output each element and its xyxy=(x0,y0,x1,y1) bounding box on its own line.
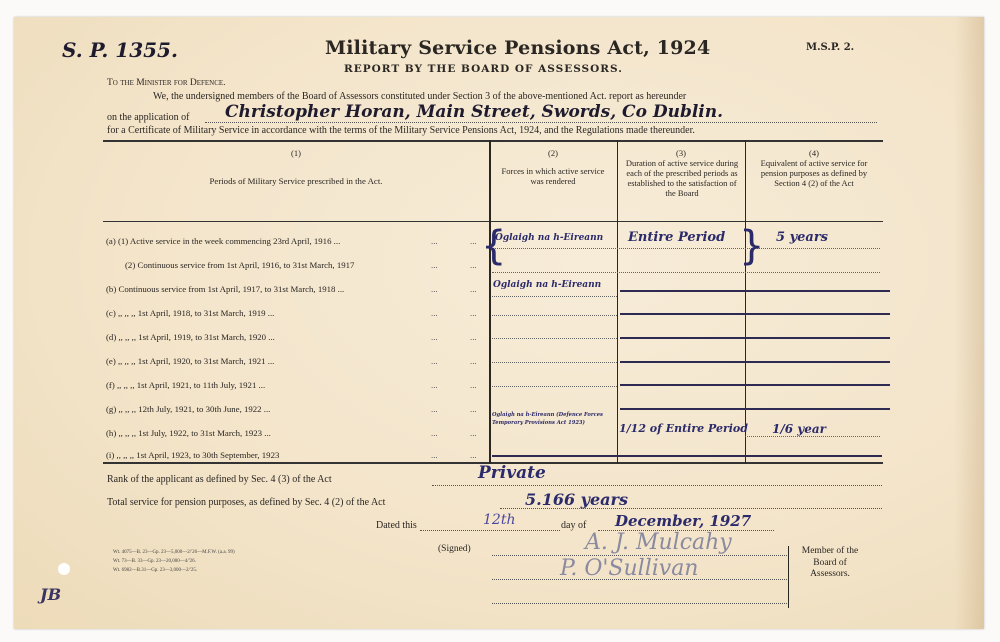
col-1-number: (1) xyxy=(103,148,489,158)
application-prefix: on the application of xyxy=(107,112,189,123)
right-brace: } xyxy=(739,226,764,266)
col-3-header: Duration of active service during each o… xyxy=(622,158,742,198)
row-rule xyxy=(492,272,880,273)
row-rule xyxy=(492,338,617,339)
total-service-label: Total service for pension purposes, as d… xyxy=(107,497,385,508)
applicant-name: Christopher Horan, Main Street, Swords, … xyxy=(225,102,723,122)
row-rule xyxy=(492,296,617,297)
addressee: To the Minister for Defence. xyxy=(107,78,226,88)
signature-1: A. J. Mulcahy xyxy=(585,530,732,555)
board-member-label: Member of the Board of Assessors. xyxy=(795,546,865,581)
row-strike xyxy=(620,313,890,315)
period-row-d: (d) ,, ,, ,, 1st April, 1919, to 31st Ma… xyxy=(106,332,275,342)
ellipsis: ... xyxy=(470,260,477,270)
col-1-header: Periods of Military Service prescribed i… xyxy=(103,176,489,186)
signature-2: P. O'Sullivan xyxy=(560,556,698,581)
day-of-label: day of xyxy=(561,520,586,531)
ellipsis: ... xyxy=(470,284,477,294)
reference-number: S. P. 1355. xyxy=(62,38,178,62)
col-4-header: Equivalent of active service for pension… xyxy=(748,158,880,188)
form-code: M.S.P. 2. xyxy=(806,42,854,53)
row-strike xyxy=(620,384,890,386)
signature-line-3 xyxy=(492,603,787,604)
dated-label: Dated this xyxy=(376,520,417,531)
ellipsis: ... xyxy=(431,404,438,414)
row-rule xyxy=(492,315,617,316)
col-divider-1 xyxy=(489,140,491,464)
ellipsis: ... xyxy=(470,308,477,318)
ellipsis: ... xyxy=(431,380,438,390)
row-rule xyxy=(492,248,880,249)
duration-entry-h: 1/12 of Entire Period xyxy=(619,422,748,435)
row-strike xyxy=(620,408,890,410)
period-row-g: (g) ,, ,, ,, 12th July, 1921, to 30th Ju… xyxy=(106,404,270,414)
row-rule xyxy=(745,436,880,437)
period-row-i: (i) ,, ,, ,, 1st April, 1923, to 30th Se… xyxy=(106,450,279,460)
forces-entry-b: Oglaigh na h-Eireann xyxy=(493,280,601,290)
row-rule xyxy=(492,362,617,363)
ellipsis: ... xyxy=(431,332,438,342)
print-code-3: Wt. 6982—B.31—Gp. 23—3,000—2/'25. xyxy=(113,567,197,575)
period-row-c: (c) ,, ,, ,, 1st April, 1918, to 31st Ma… xyxy=(106,308,274,318)
ellipsis: ... xyxy=(470,404,477,414)
rank-value: Private xyxy=(478,463,546,483)
print-code-1: Wt. 4075—B. 23—Gp. 23—5,000—2/'26—M.F.W.… xyxy=(113,549,235,557)
forces-entry-a: Oglaigh na h-Eireann xyxy=(495,233,603,243)
ellipsis: ... xyxy=(470,332,477,342)
col-2-number: (2) xyxy=(492,148,614,158)
total-service-value: 5.166 years xyxy=(525,490,628,509)
left-brace: { xyxy=(481,226,506,266)
certificate-line: for a Certificate of Military Service in… xyxy=(107,125,695,136)
rank-label: Rank of the applicant as defined by Sec.… xyxy=(107,474,332,485)
col-2-header: Forces in which active service was rende… xyxy=(497,166,609,186)
row-strike xyxy=(492,455,882,457)
dated-month-year: December, 1927 xyxy=(615,512,751,530)
document-title: Military Service Pensions Act, 1924 xyxy=(325,37,710,59)
period-row-h: (h) ,, ,, ,, 1st July, 1922, to 31st Mar… xyxy=(106,428,271,438)
row-strike xyxy=(620,290,890,292)
period-row-b: (b) Continuous service from 1st April, 1… xyxy=(106,284,344,294)
ellipsis: ... xyxy=(431,308,438,318)
ellipsis: ... xyxy=(431,450,438,460)
ellipsis: ... xyxy=(470,236,477,246)
applicant-line xyxy=(205,122,877,123)
ellipsis: ... xyxy=(431,356,438,366)
period-row-a1: (a) (1) Active service in the week comme… xyxy=(106,236,340,246)
signed-label: (Signed) xyxy=(438,544,471,554)
ellipsis: ... xyxy=(470,356,477,366)
print-code-2: Wt. 73—B. 33—Gp. 23—20,000—4/'26. xyxy=(113,558,196,566)
document-subtitle: REPORT BY THE BOARD OF ASSESSORS. xyxy=(344,63,623,75)
period-row-e: (e) ,, ,, ,, 1st April, 1920, to 31st Ma… xyxy=(106,356,274,366)
row-strike xyxy=(620,361,890,363)
duration-entry-a: Entire Period xyxy=(628,230,725,245)
table-top-rule xyxy=(103,140,883,142)
forces-entry-g: Oglaigh na h-Eireann (Defence Forces Tem… xyxy=(492,411,616,427)
table-header-rule xyxy=(103,221,883,222)
equivalent-entry-h: 1/6 year xyxy=(772,422,826,436)
col-divider-2 xyxy=(617,140,618,464)
ellipsis: ... xyxy=(470,380,477,390)
dated-day: 12th xyxy=(483,512,515,528)
signature-bracket xyxy=(788,546,789,608)
ellipsis: ... xyxy=(431,284,438,294)
intro-line: We, the undersigned members of the Board… xyxy=(153,91,686,102)
initials-mark: JB xyxy=(40,585,61,604)
dated-day-line xyxy=(420,530,560,531)
rank-line xyxy=(432,485,882,486)
equivalent-entry-a: 5 years xyxy=(776,230,828,245)
ellipsis: ... xyxy=(431,260,438,270)
ellipsis: ... xyxy=(431,428,438,438)
ellipsis: ... xyxy=(470,450,477,460)
period-row-f: (f) ,, ,, ,, 1st April, 1921, to 11th Ju… xyxy=(106,380,265,390)
punch-hole xyxy=(58,563,70,575)
period-row-a2: (2) Continuous service from 1st April, 1… xyxy=(125,260,354,270)
ellipsis: ... xyxy=(470,428,477,438)
row-strike xyxy=(620,337,890,339)
ellipsis: ... xyxy=(431,236,438,246)
row-rule xyxy=(492,386,617,387)
col-3-number: (3) xyxy=(620,148,742,158)
col-4-number: (4) xyxy=(748,148,880,158)
col-divider-3 xyxy=(745,140,746,464)
